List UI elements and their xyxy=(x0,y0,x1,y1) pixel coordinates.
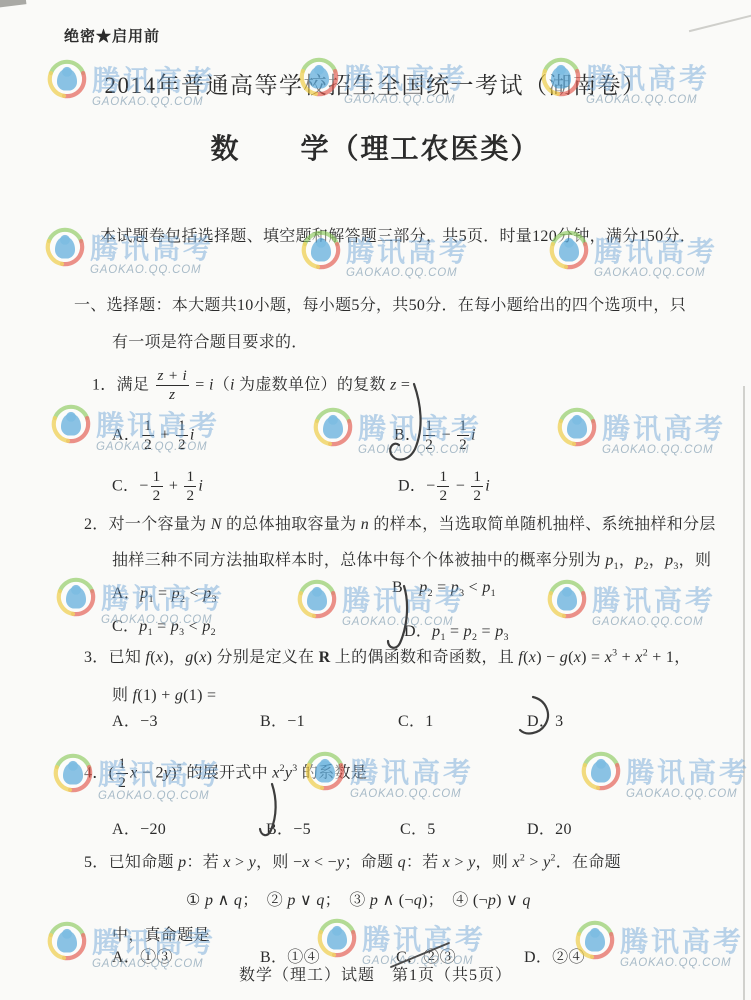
question-3-stem-line1: 3．已知 f(x)，g(x) 分别是定义在 R 上的偶函数和奇函数，且 f(x)… xyxy=(84,648,691,668)
question-5-proposition-list: ① p ∧ q； ② p ∨ q； ③ p ∧ (¬q)； ④ (¬p) ∨ q xyxy=(186,891,531,911)
question-5-option-a: A．①③ xyxy=(112,948,173,968)
question-4-option-a: A．−20 xyxy=(112,820,166,840)
question-2-option-b: B．p2 = p3 < p1 xyxy=(392,578,496,598)
exam-content: 绝密★启用前 2014年普通高等学校招生全国统一考试（湖南卷） 数 学（理工农医… xyxy=(0,0,751,1000)
intro-paragraph: 本试题卷包括选择题、填空题和解答题三部分，共5页．时量120分钟，满分150分． xyxy=(100,227,696,247)
footer-page-info: 数学（理工）试题 第1页（共5页） xyxy=(0,966,751,986)
section-heading-line1: 一、选择题：本大题共10小题，每小题5分，共50分．在每小题给出的四个选项中，只 xyxy=(74,296,686,316)
question-5-option-d: D．②④ xyxy=(524,948,585,968)
question-3-option-b: B．−1 xyxy=(260,712,305,732)
question-2-option-a: A．p1 = p2 < p3 xyxy=(112,584,217,604)
question-3-option-a: A．−3 xyxy=(112,712,158,732)
question-5-option-b: B．①④ xyxy=(260,948,320,968)
question-4-stem: 4．(12x − 2y)5 的展开式中 x2y3 的系数是 xyxy=(84,756,367,792)
question-2-stem-line2: 抽样三种不同方法抽取样本时，总体中每个个体被抽中的概率分别为 p1，p2，p3，… xyxy=(112,551,711,571)
question-3-option-c: C．1 xyxy=(398,712,434,732)
question-1-option-a: A．12 + 12i xyxy=(112,418,195,454)
scanned-exam-page: 绝密★启用前 2014年普通高等学校招生全国统一考试（湖南卷） 数 学（理工农医… xyxy=(0,0,751,1000)
subject-title: 数 学（理工农医类） xyxy=(0,132,751,167)
question-3-option-d: D．3 xyxy=(527,712,563,732)
question-1-stem: 1．满足 z + iz = i（i 为虚数单位）的复数 z = xyxy=(92,368,410,404)
question-2-option-d: D．p1 = p2 = p3 xyxy=(404,622,509,642)
question-4-option-b: B．−5 xyxy=(266,820,311,840)
exam-title: 2014年普通高等学校招生全国统一考试（湖南卷） xyxy=(0,72,751,101)
question-3-stem-line2: 则 f(1) + g(1) = xyxy=(112,686,216,706)
question-5-option-c: C．②③ xyxy=(396,948,456,968)
question-2-option-c: C．p1 = p3 < p2 xyxy=(112,617,216,637)
question-5-stem-line3: 中，真命题是 xyxy=(112,926,210,946)
question-5-stem-line1: 5．已知命题 p：若 x > y，则 −x < −y；命题 q：若 x > y，… xyxy=(84,853,621,873)
question-1-option-d: D．−12 − 12i xyxy=(398,469,490,505)
classification-label: 绝密★启用前 xyxy=(64,28,160,47)
question-1-option-c: C．−12 + 12i xyxy=(112,469,203,505)
section-heading-line2: 有一项是符合题目要求的． xyxy=(112,333,308,353)
question-2-stem-line1: 2．对一个容量为 N 的总体抽取容量为 n 的样本，当选取简单随机抽样、系统抽样… xyxy=(84,515,716,535)
question-4-option-c: C．5 xyxy=(400,820,436,840)
question-1-option-b: B．12 − 12i xyxy=(394,418,476,454)
question-4-option-d: D．20 xyxy=(527,820,572,840)
